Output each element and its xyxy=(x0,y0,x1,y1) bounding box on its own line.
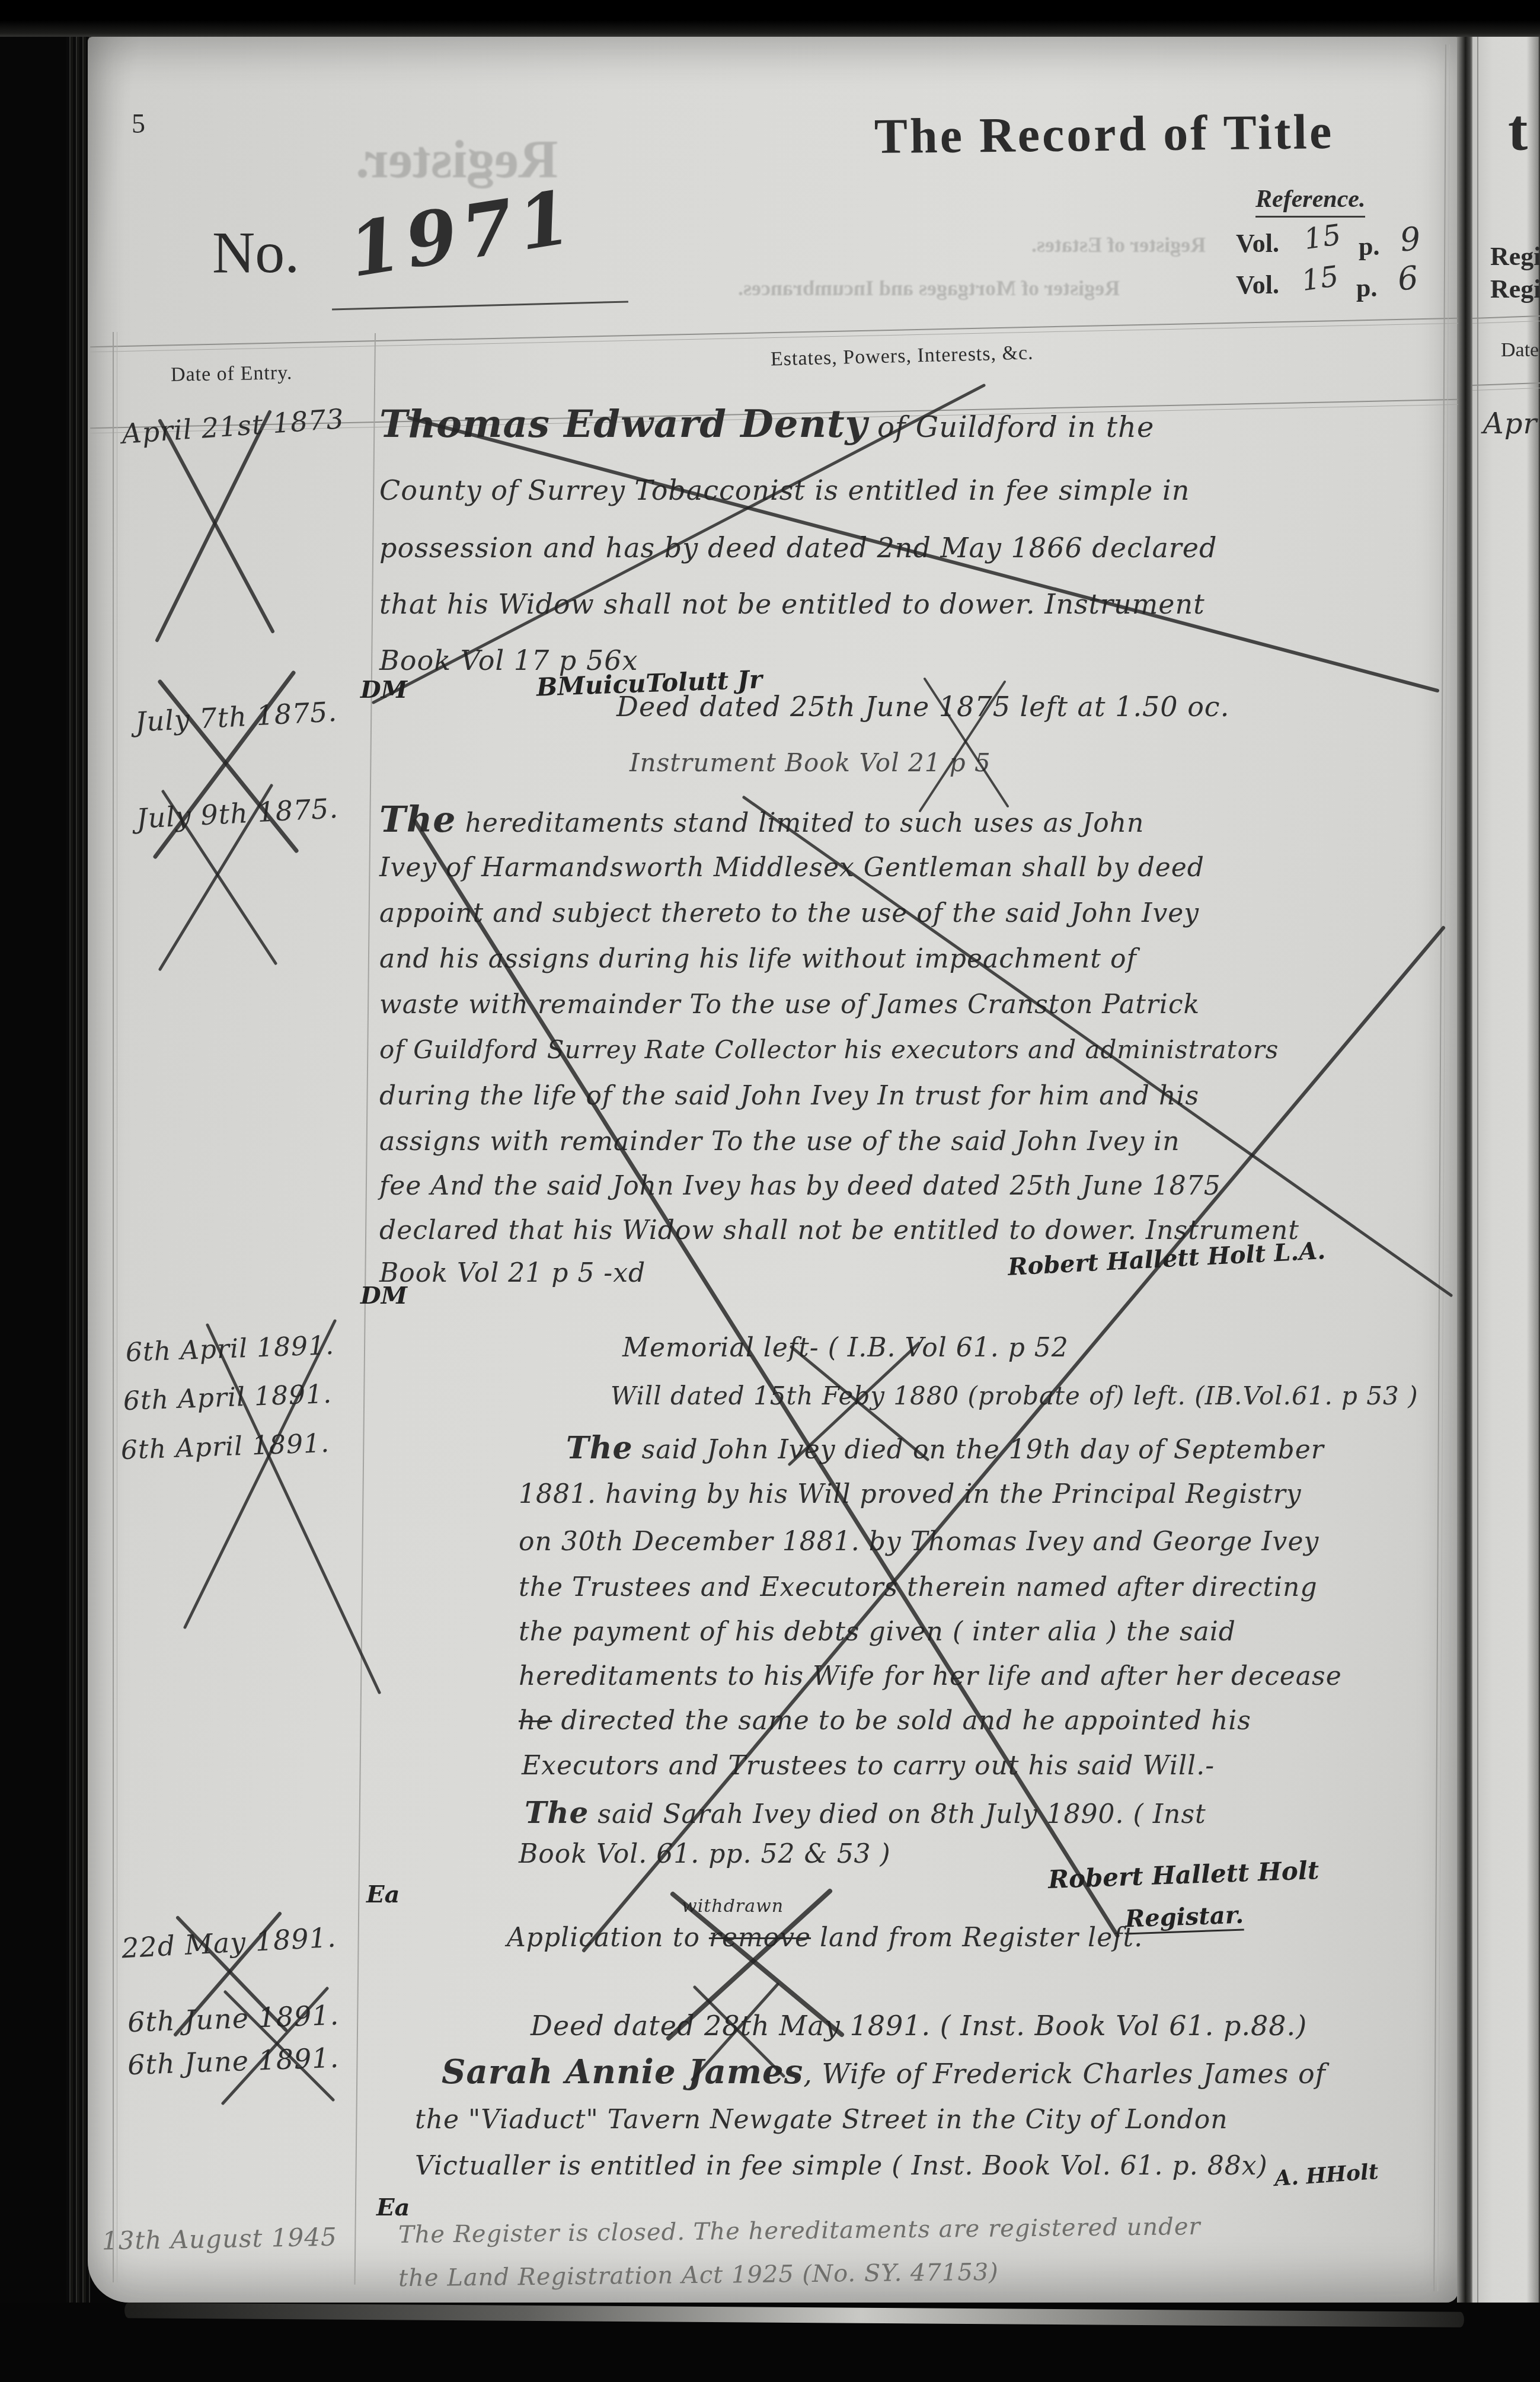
entry3-line7: during the life of the said John Ivey In… xyxy=(379,1081,1199,1111)
page-number: 5 xyxy=(132,108,145,139)
entry4-line8: hereditaments to his Wife for her life a… xyxy=(519,1661,1342,1691)
entry6-line2: Sarah Annie James, Wife of Frederick Cha… xyxy=(442,2052,1326,2092)
entry1-line1: Thomas Edward Denty of Guildford in the xyxy=(379,402,1154,446)
entry-no-label: No. xyxy=(212,218,299,286)
ref2-page-value: 6 xyxy=(1396,258,1421,298)
left-page xyxy=(88,37,1458,2303)
next-page-edge-line xyxy=(1477,37,1478,2303)
entry4-line5: on 30th December 1881. by Thomas Ivey an… xyxy=(519,1527,1319,1557)
entry5-line1-b: land from Register left. xyxy=(811,1923,1143,1953)
entry5-line1: Application to remove land from Register… xyxy=(507,1923,1143,1953)
page-gutter xyxy=(1457,37,1472,2303)
entry5-struck-word: remove xyxy=(709,1923,811,1953)
entry4-line12: Book Vol. 61. pp. 52 & 53 ) xyxy=(519,1839,891,1869)
next-page-hw-fragment: Apr xyxy=(1483,407,1537,440)
entry6-line2-rest: , Wife of Frederick Charles James of xyxy=(803,2058,1325,2090)
entry3-line6: of Guildford Surrey Rate Collector his e… xyxy=(379,1035,1279,1064)
entry3-line9: fee And the said John Ivey has by deed d… xyxy=(379,1171,1221,1201)
entry3-line3: appoint and subject thereto to the use o… xyxy=(379,898,1199,928)
entry4-line4: 1881. having by his Will proved in the P… xyxy=(519,1479,1302,1509)
entry3-line2: Ivey of Harmandsworth Middlesex Gentlema… xyxy=(379,852,1204,883)
register-page-scan: 5 Register. The Record of Title Referenc… xyxy=(0,0,1540,2382)
page-title: The Record of Title xyxy=(874,103,1334,165)
entry5-line1-a: Application to xyxy=(507,1923,709,1953)
entry4-line10: Executors and Trustees to carry out his … xyxy=(522,1751,1215,1781)
column-header-date: Date of Entry. xyxy=(171,362,293,387)
entry3-line8: assigns with remainder To the use of the… xyxy=(379,1126,1180,1157)
entry4-line11-rest: said Sarah Ivey died on 8th July 1890. (… xyxy=(589,1799,1206,1829)
table-border-left xyxy=(113,332,117,2282)
entry6-grantee-name: Sarah Annie James xyxy=(442,2052,803,2092)
ref2-p-label: p. xyxy=(1356,273,1377,303)
reference-label: Reference. xyxy=(1255,185,1365,218)
entry5-inserted-word: withdrawn xyxy=(682,1896,784,1917)
entry3-line10: declared that his Widow shall not be ent… xyxy=(379,1215,1299,1246)
next-page-title-fragment: t xyxy=(1508,96,1528,164)
ref2-vol-value: 15 xyxy=(1299,260,1341,298)
ref1-page-value: 9 xyxy=(1398,219,1423,258)
entry3-line11: Book Vol 21 p 5 -xd xyxy=(379,1258,646,1288)
bleedthrough-line2: Register of Mortgages and Incumbrances. xyxy=(738,276,1120,301)
entry3-line1: The hereditaments stand limited to such … xyxy=(379,799,1144,841)
page-stack-edges xyxy=(66,37,90,2303)
entry4-line9: he directed the same to be sold and he a… xyxy=(519,1706,1251,1736)
entry3-line4: and his assigns during his life without … xyxy=(379,944,1137,974)
next-page-rule-top xyxy=(1472,315,1540,324)
entry4-line3-lead: The xyxy=(566,1430,633,1466)
entry1-line3: possession and has by deed dated 2nd May… xyxy=(379,532,1218,564)
entry7-date: 13th August 1945 xyxy=(102,2223,338,2256)
entry1-line4: that his Widow shall not be entitled to … xyxy=(379,588,1205,620)
entry3-line5: waste with remainder To the use of James… xyxy=(379,989,1200,1020)
entry4-initials: Ea xyxy=(366,1880,400,1908)
entry4-struck-word: he xyxy=(519,1706,552,1736)
entry4-line3-rest: said John Ivey died on the 19th day of S… xyxy=(633,1435,1324,1465)
entry6-line4: Victualler is entitled in fee simple ( I… xyxy=(415,2151,1268,2181)
bleedthrough-line1: Register of Estates. xyxy=(1031,232,1206,257)
entry3-lead: The xyxy=(379,799,456,841)
entry4-line2: Will dated 15th Feby 1880 (probate of) l… xyxy=(611,1381,1418,1410)
entry3-line1-rest: hereditaments stand limited to such uses… xyxy=(456,808,1144,838)
entry4-line3: The said John Ivey died on the 19th day … xyxy=(566,1430,1324,1466)
ref1-p-label: p. xyxy=(1359,231,1379,261)
entry2-line1: Deed dated 25th June 1875 left at 1.50 o… xyxy=(616,691,1229,723)
entry1-line1-rest: of Guildford in the xyxy=(868,411,1155,444)
entry2-line2: Instrument Book Vol 21 p 5 xyxy=(630,748,991,777)
entry6-initials: Ea xyxy=(376,2193,410,2221)
entry6-line3: the "Viaduct" Tavern Newgate Street in t… xyxy=(415,2105,1228,2135)
entry1-grantee-name: Thomas Edward Denty xyxy=(379,402,868,446)
next-page-rule-bottom xyxy=(1472,382,1540,391)
next-page-register-label-1: Regi xyxy=(1490,241,1540,272)
entry3-initials: DM xyxy=(360,1282,407,1310)
entry1-initials: DM xyxy=(360,676,407,704)
entry4-line11: The said Sarah Ivey died on 8th July 189… xyxy=(525,1795,1206,1830)
entry6-line1: Deed dated 28th May 1891. ( Inst. Book V… xyxy=(531,2010,1307,2042)
next-page-register-label-2: Regi xyxy=(1490,274,1540,304)
ref1-vol-label: Vol. xyxy=(1236,228,1279,258)
ref1-vol-value: 15 xyxy=(1302,218,1343,256)
entry4-line6: the Trustees and Executors therein named… xyxy=(519,1572,1318,1602)
entry4-line9-rest: directed the same to be sold and he appo… xyxy=(552,1706,1251,1736)
entry4-line1: Memorial left- ( I.B. Vol 61. p 52 xyxy=(622,1333,1069,1363)
ref2-vol-label: Vol. xyxy=(1236,270,1279,300)
entry4-line11-lead: The xyxy=(525,1795,589,1830)
entry1-line2: County of Surrey Tobacconist is entitled… xyxy=(379,474,1190,506)
right-page-sliver: t Regi Regi Date Apr xyxy=(1472,37,1540,2303)
book-spine-top xyxy=(0,0,1540,37)
next-page-date-header-fragment: Date xyxy=(1501,339,1539,362)
entry4-line7: the payment of his debts given ( inter a… xyxy=(519,1617,1236,1647)
